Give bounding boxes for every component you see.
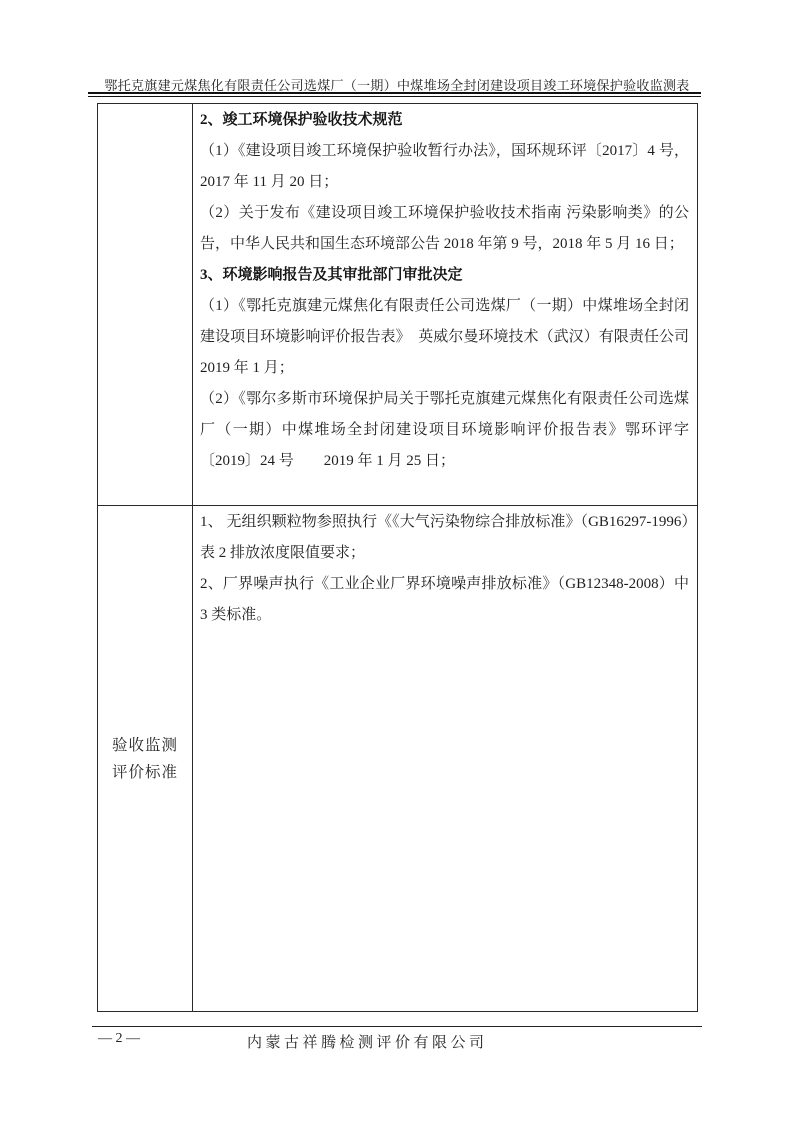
paragraph-noise-standard: 2、厂界噪声执行《工业企业厂界环境噪声排放标准》（GB12348-2008）中 … — [200, 569, 689, 631]
section-heading-eia-approval: 3、环境影响报告及其审批部门审批决定 — [200, 260, 689, 291]
acceptance-monitoring-table: 2、竣工环境保护验收技术规范 （1）《建设项目竣工环境保护验收暂行办法》，国环规… — [97, 103, 698, 1012]
paragraph-particulate-standard: 1、 无组织颗粒物参照执行《《大气污染物综合排放标准》（GB16297-1996… — [200, 507, 689, 569]
row2-label-cell: 验收监测 评价标准 — [98, 506, 193, 1011]
section-heading-acceptance-specs: 2、竣工环境保护验收技术规范 — [200, 105, 689, 136]
row1-label-cell-empty — [98, 104, 193, 505]
paragraph-interim-measures: （1）《建设项目竣工环境保护验收暂行办法》，国环规环评〔2017〕4 号，201… — [200, 136, 689, 198]
footer-rule — [92, 1026, 702, 1027]
footer-company-name: 内蒙古祥腾检测评价有限公司 — [247, 1031, 488, 1052]
row2-label-line2: 评价标准 — [112, 759, 178, 786]
row2-label-line1: 验收监测 — [112, 732, 178, 759]
table-row-standards-continued: 2、竣工环境保护验收技术规范 （1）《建设项目竣工环境保护验收暂行办法》，国环规… — [98, 104, 697, 505]
table-row-evaluation-criteria: 验收监测 评价标准 1、 无组织颗粒物参照执行《《大气污染物综合排放标准》（GB… — [98, 505, 697, 1011]
header-double-rule — [88, 92, 701, 97]
footer-page-number: — 2 — — [98, 1031, 140, 1047]
paragraph-eia-report: （1）《鄂托克旗建元煤焦化有限责任公司选煤厂（一期）中煤堆场全封闭建设项目环境影… — [200, 291, 689, 384]
paragraph-technical-guide-announcement: （2）关于发布《建设项目竣工环境保护验收技术指南 污染影响类》的公告，中华人民共… — [200, 198, 689, 260]
row2-content-cell: 1、 无组织颗粒物参照执行《《大气污染物综合排放标准》（GB16297-1996… — [193, 506, 697, 1011]
row1-content-cell: 2、竣工环境保护验收技术规范 （1）《建设项目竣工环境保护验收暂行办法》，国环规… — [193, 104, 697, 505]
paragraph-eia-approval-document: （2）《鄂尔多斯市环境保护局关于鄂托克旗建元煤焦化有限责任公司选煤厂（一期）中煤… — [200, 384, 689, 477]
document-page: 鄂托克旗建元煤焦化有限责任公司选煤厂（一期）中煤堆场全封闭建设项目竣工环境保护验… — [0, 0, 794, 1123]
